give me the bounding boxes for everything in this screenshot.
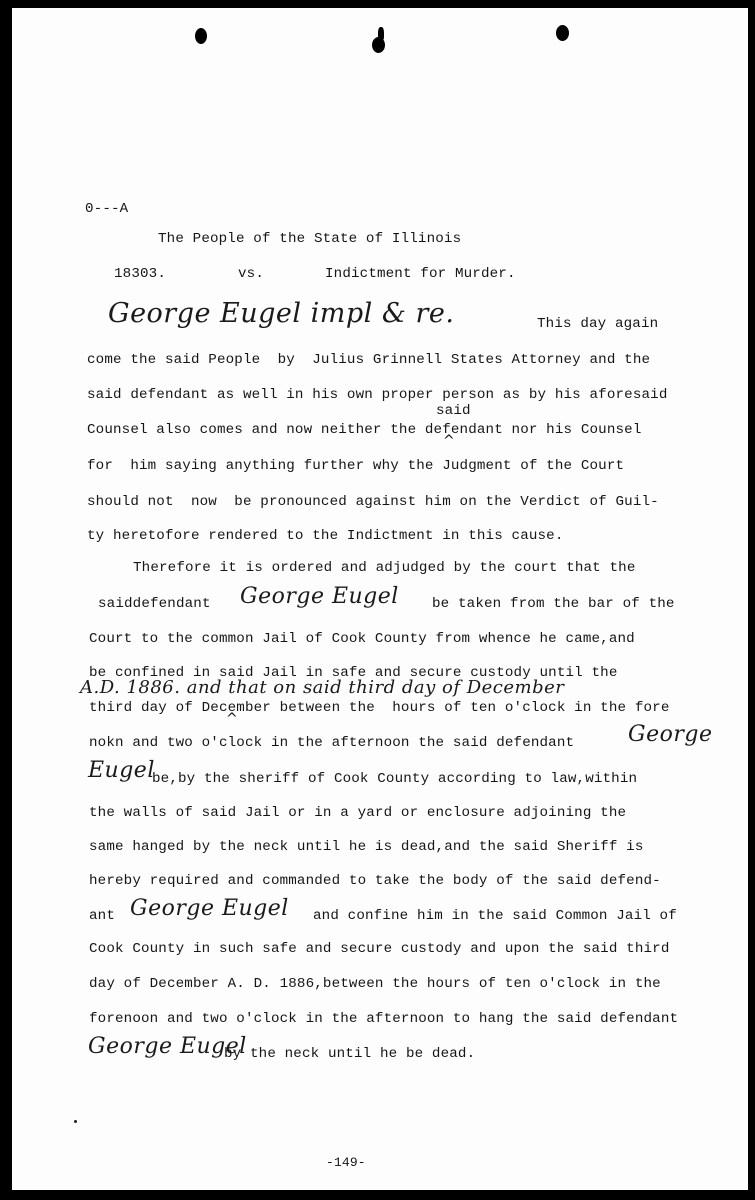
interlinear-insertion: said <box>436 403 471 419</box>
body-line: and confine him in the said Common Jail … <box>313 908 677 924</box>
body-line: Therefore it is ordered and adjudged by … <box>133 560 636 576</box>
body-line: This day again <box>537 316 658 332</box>
page-number: -149- <box>326 1155 366 1171</box>
handwritten-name: George Eugel <box>240 584 399 609</box>
body-line: forenoon and two o'clock in the afternoo… <box>89 1011 678 1027</box>
handwritten-name: Eugel <box>88 758 155 783</box>
body-line: for him saying anything further why the … <box>87 458 624 474</box>
caption-charge: Indictment for Murder. <box>325 266 516 282</box>
handwritten-defendant-name: George Eugel impl & re. <box>108 298 454 329</box>
handwritten-name: George Eugel <box>88 1034 247 1059</box>
body-line: by the neck until he be dead. <box>224 1046 475 1062</box>
body-line: hereby required and commanded to take th… <box>89 873 661 889</box>
body-line: ty heretofore rendered to the Indictment… <box>87 528 564 544</box>
speck <box>74 1120 77 1123</box>
body-line: said defendant as well in his own proper… <box>87 387 667 403</box>
body-line: saiddefendant <box>98 596 211 612</box>
caption-plaintiff: The People of the State of Illinois <box>158 231 461 247</box>
punch-hole-left <box>195 28 207 44</box>
caption-versus: vs. <box>238 266 264 282</box>
body-line: same hanged by the neck until he is dead… <box>89 839 644 855</box>
case-number: 18303. <box>114 266 166 282</box>
body-line: Cook County in such safe and secure cust… <box>89 941 669 957</box>
body-line: be taken from the bar of the <box>432 596 675 612</box>
body-line: Court to the common Jail of Cook County … <box>89 631 635 647</box>
handwritten-name: George Eugel <box>130 896 289 921</box>
body-line: come the said People by Julius Grinnell … <box>87 352 650 368</box>
body-line: ant <box>89 908 115 924</box>
body-line: be,by the sheriff of Cook County accordi… <box>152 771 637 787</box>
body-line: nokn and two o'clock in the afternoon th… <box>89 735 574 751</box>
handwritten-insertion: A.D. 1886. and that on said third day of… <box>80 677 564 698</box>
document-page: 0---A The People of the State of Illinoi… <box>12 8 748 1190</box>
body-line: the walls of said Jail or in a yard or e… <box>89 805 626 821</box>
punch-hole-center-tail <box>378 27 384 41</box>
caret-mark: ^ <box>443 433 455 449</box>
caret-mark: ^ <box>226 711 238 727</box>
file-code: 0---A <box>85 201 128 217</box>
body-line: third day of December between the hours … <box>89 700 669 716</box>
body-line: should not now be pronounced against him… <box>87 494 659 510</box>
handwritten-name: George <box>628 722 712 747</box>
body-line: day of December A. D. 1886,between the h… <box>89 976 661 992</box>
punch-hole-right <box>556 25 569 41</box>
body-line: Counsel also comes and now neither the d… <box>87 422 642 438</box>
